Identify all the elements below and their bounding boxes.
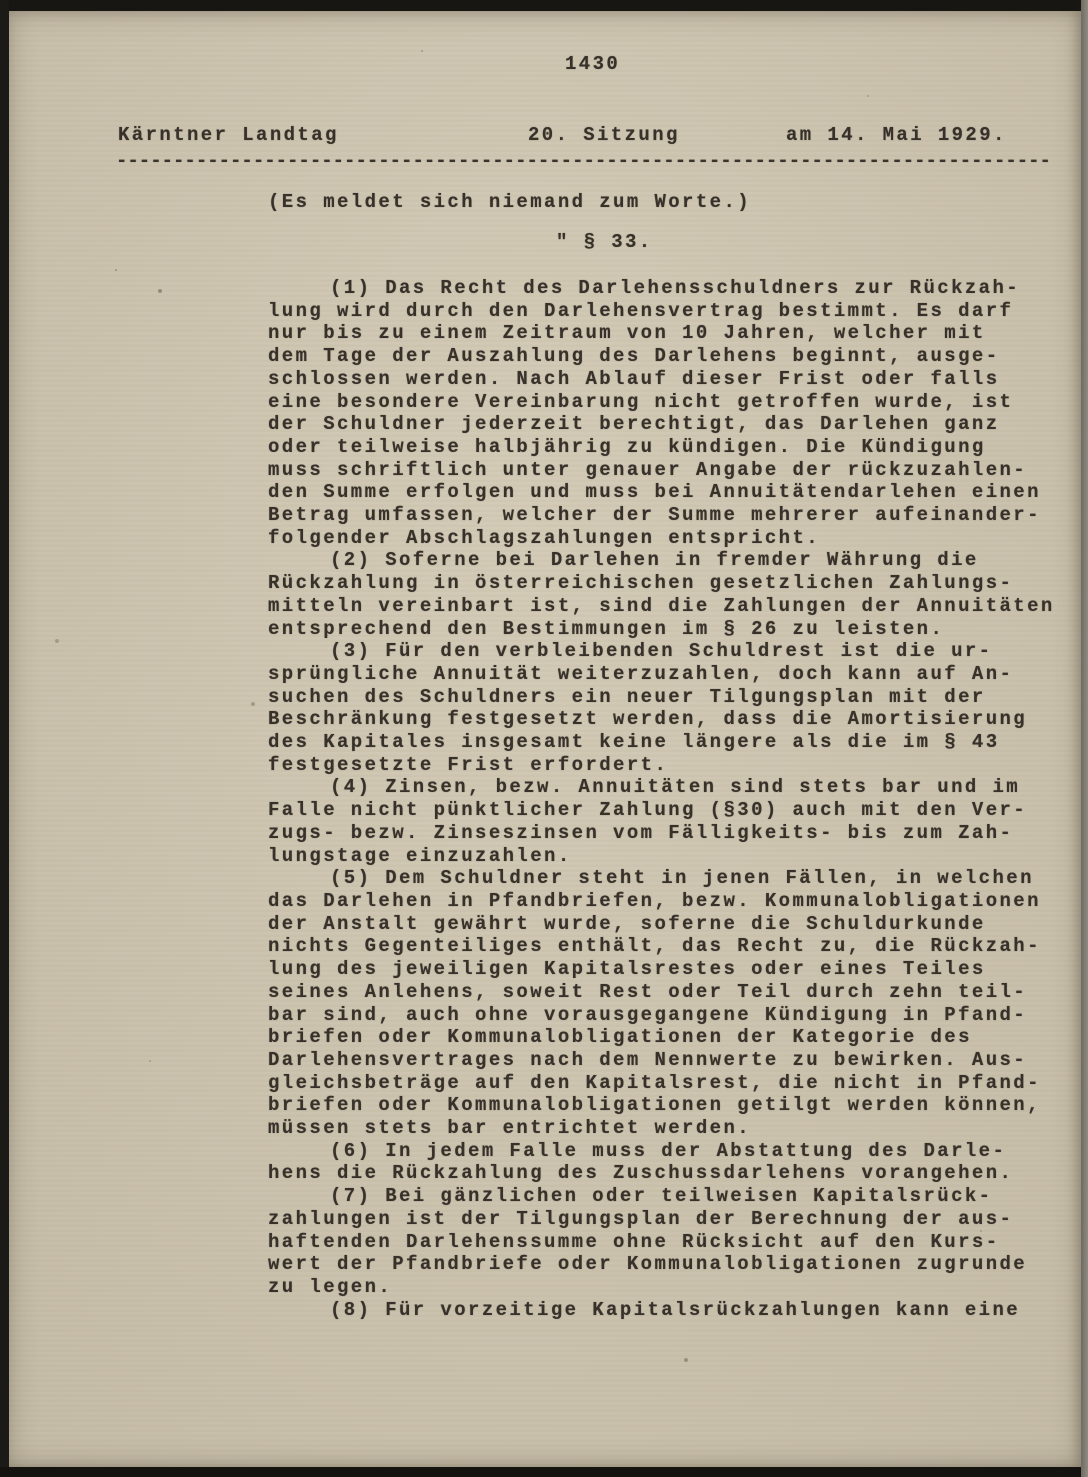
- text-line: haftenden Darlehenssumme ohne Rücksicht …: [268, 1231, 1055, 1254]
- text-line: (3) Für den verbleibenden Schuldrest ist…: [268, 640, 1055, 663]
- text-line: (1) Das Recht des Darlehensschuldners zu…: [268, 277, 1055, 300]
- text-line: (8) Für vorzeitige Kapitalsrückzahlungen…: [268, 1299, 1055, 1322]
- page-number: 1430: [565, 53, 620, 75]
- text-line: (5) Dem Schuldner steht in jenen Fällen,…: [268, 867, 1055, 890]
- text-line: der Schuldner jederzeit berechtigt, das …: [268, 413, 1055, 436]
- text-line: briefen oder Kommunalobligationen getilg…: [268, 1094, 1055, 1117]
- text-line: das Darlehen in Pfandbriefen, bezw. Komm…: [268, 890, 1055, 913]
- text-line: Beschränkung festgesetzt werden, dass di…: [268, 708, 1055, 731]
- paper-specks: [9, 11, 11, 13]
- text-line: zu legen.: [268, 1276, 1055, 1299]
- scanned-page: { "page": { "number": "1430", "header": …: [0, 0, 1088, 1477]
- text-line: wert der Pfandbriefe oder Kommunalobliga…: [268, 1253, 1055, 1276]
- text-line: Falle nicht pünktlicher Zahlung (§30) au…: [268, 799, 1055, 822]
- text-line: (4) Zinsen, bezw. Annuitäten sind stets …: [268, 776, 1055, 799]
- text-line: gleichsbeträge auf den Kapitalsrest, die…: [268, 1072, 1055, 1095]
- paragraph: (6) In jedem Falle muss der Abstattung d…: [268, 1140, 1055, 1185]
- scan-edge-right: [1081, 0, 1088, 1477]
- text-line: Darlehensvertrages nach dem Nennwerte zu…: [268, 1049, 1055, 1072]
- text-line: seines Anlehens, soweit Rest oder Teil d…: [268, 981, 1055, 1004]
- text-line: Rückzahlung in österreichischen gesetzli…: [268, 572, 1055, 595]
- session-date: am 14. Mai 1929.: [786, 124, 1007, 146]
- text-line: nur bis zu einem Zeitraum von 10 Jahren,…: [268, 322, 1055, 345]
- text-line: entsprechend den Bestimmungen im § 26 zu…: [268, 618, 1055, 641]
- text-line: der Anstalt gewährt wurde, soferne die S…: [268, 913, 1055, 936]
- text-line: sprüngliche Annuität weiterzuzahlen, doc…: [268, 663, 1055, 686]
- paragraph: (8) Für vorzeitige Kapitalsrückzahlungen…: [268, 1299, 1055, 1322]
- header-divider: ----------------------------------------…: [116, 150, 1051, 172]
- text-line: den Summe erfolgen und muss bei Annuität…: [268, 481, 1055, 504]
- text-line: mitteln vereinbart ist, sind die Zahlung…: [268, 595, 1055, 618]
- paragraph: (7) Bei gänzlichen oder teilweisen Kapit…: [268, 1185, 1055, 1299]
- paragraph: (5) Dem Schuldner steht in jenen Fällen,…: [268, 867, 1055, 1139]
- text-line: hens die Rückzahlung des Zuschussdarlehe…: [268, 1162, 1055, 1185]
- scan-border-bottom: [0, 1467, 1088, 1477]
- text-line: nichts Gegenteiliges enthält, das Recht …: [268, 935, 1055, 958]
- paper-sheet: 1430 Kärntner Landtag 20. Sitzung am 14.…: [9, 11, 1081, 1467]
- text-line: dem Tage der Auszahlung des Darlehens be…: [268, 345, 1055, 368]
- procedural-remark: (Es meldet sich niemand zum Worte.): [268, 191, 751, 213]
- text-line: eine besondere Vereinbarung nicht getrof…: [268, 391, 1055, 414]
- parliament-name: Kärntner Landtag: [118, 124, 339, 146]
- text-line: oder teilweise halbjährig zu kündigen. D…: [268, 436, 1055, 459]
- text-line: zugs- bezw. Zinseszinsen vom Fälligkeits…: [268, 822, 1055, 845]
- body-text: (1) Das Recht des Darlehensschuldners zu…: [268, 277, 1055, 1321]
- text-line: lungstage einzuzahlen.: [268, 845, 1055, 868]
- text-line: muss schriftlich unter genauer Angabe de…: [268, 459, 1055, 482]
- text-line: bar sind, auch ohne vorausgegangene Künd…: [268, 1004, 1055, 1027]
- text-line: suchen des Schuldners ein neuer Tilgungs…: [268, 686, 1055, 709]
- scan-border-left: [0, 0, 9, 1477]
- text-line: zahlungen ist der Tilgungsplan der Berec…: [268, 1208, 1055, 1231]
- text-line: folgender Abschlagszahlungen entspricht.: [268, 527, 1055, 550]
- text-line: (7) Bei gänzlichen oder teilweisen Kapit…: [268, 1185, 1055, 1208]
- text-line: lung wird durch den Darlehensvertrag bes…: [268, 300, 1055, 323]
- text-line: des Kapitales insgesamt keine längere al…: [268, 731, 1055, 754]
- scan-border-top: [0, 0, 1088, 11]
- paragraph: (3) Für den verbleibenden Schuldrest ist…: [268, 640, 1055, 776]
- text-line: Betrag umfassen, welcher der Summe mehre…: [268, 504, 1055, 527]
- text-line: festgesetzte Frist erfordert.: [268, 754, 1055, 777]
- paragraph: (1) Das Recht des Darlehensschuldners zu…: [268, 277, 1055, 549]
- text-line: lung des jeweiligen Kapitalsrestes oder …: [268, 958, 1055, 981]
- paragraph: (2) Soferne bei Darlehen in fremder Währ…: [268, 549, 1055, 640]
- text-line: müssen stets bar entrichtet werden.: [268, 1117, 1055, 1140]
- session-number: 20. Sitzung: [528, 124, 680, 146]
- text-line: briefen oder Kommunalobligationen der Ka…: [268, 1026, 1055, 1049]
- text-line: (6) In jedem Falle muss der Abstattung d…: [268, 1140, 1055, 1163]
- text-line: (2) Soferne bei Darlehen in fremder Währ…: [268, 549, 1055, 572]
- text-line: schlossen werden. Nach Ablauf dieser Fri…: [268, 368, 1055, 391]
- paragraph: (4) Zinsen, bezw. Annuitäten sind stets …: [268, 776, 1055, 867]
- section-heading: " § 33.: [556, 231, 653, 253]
